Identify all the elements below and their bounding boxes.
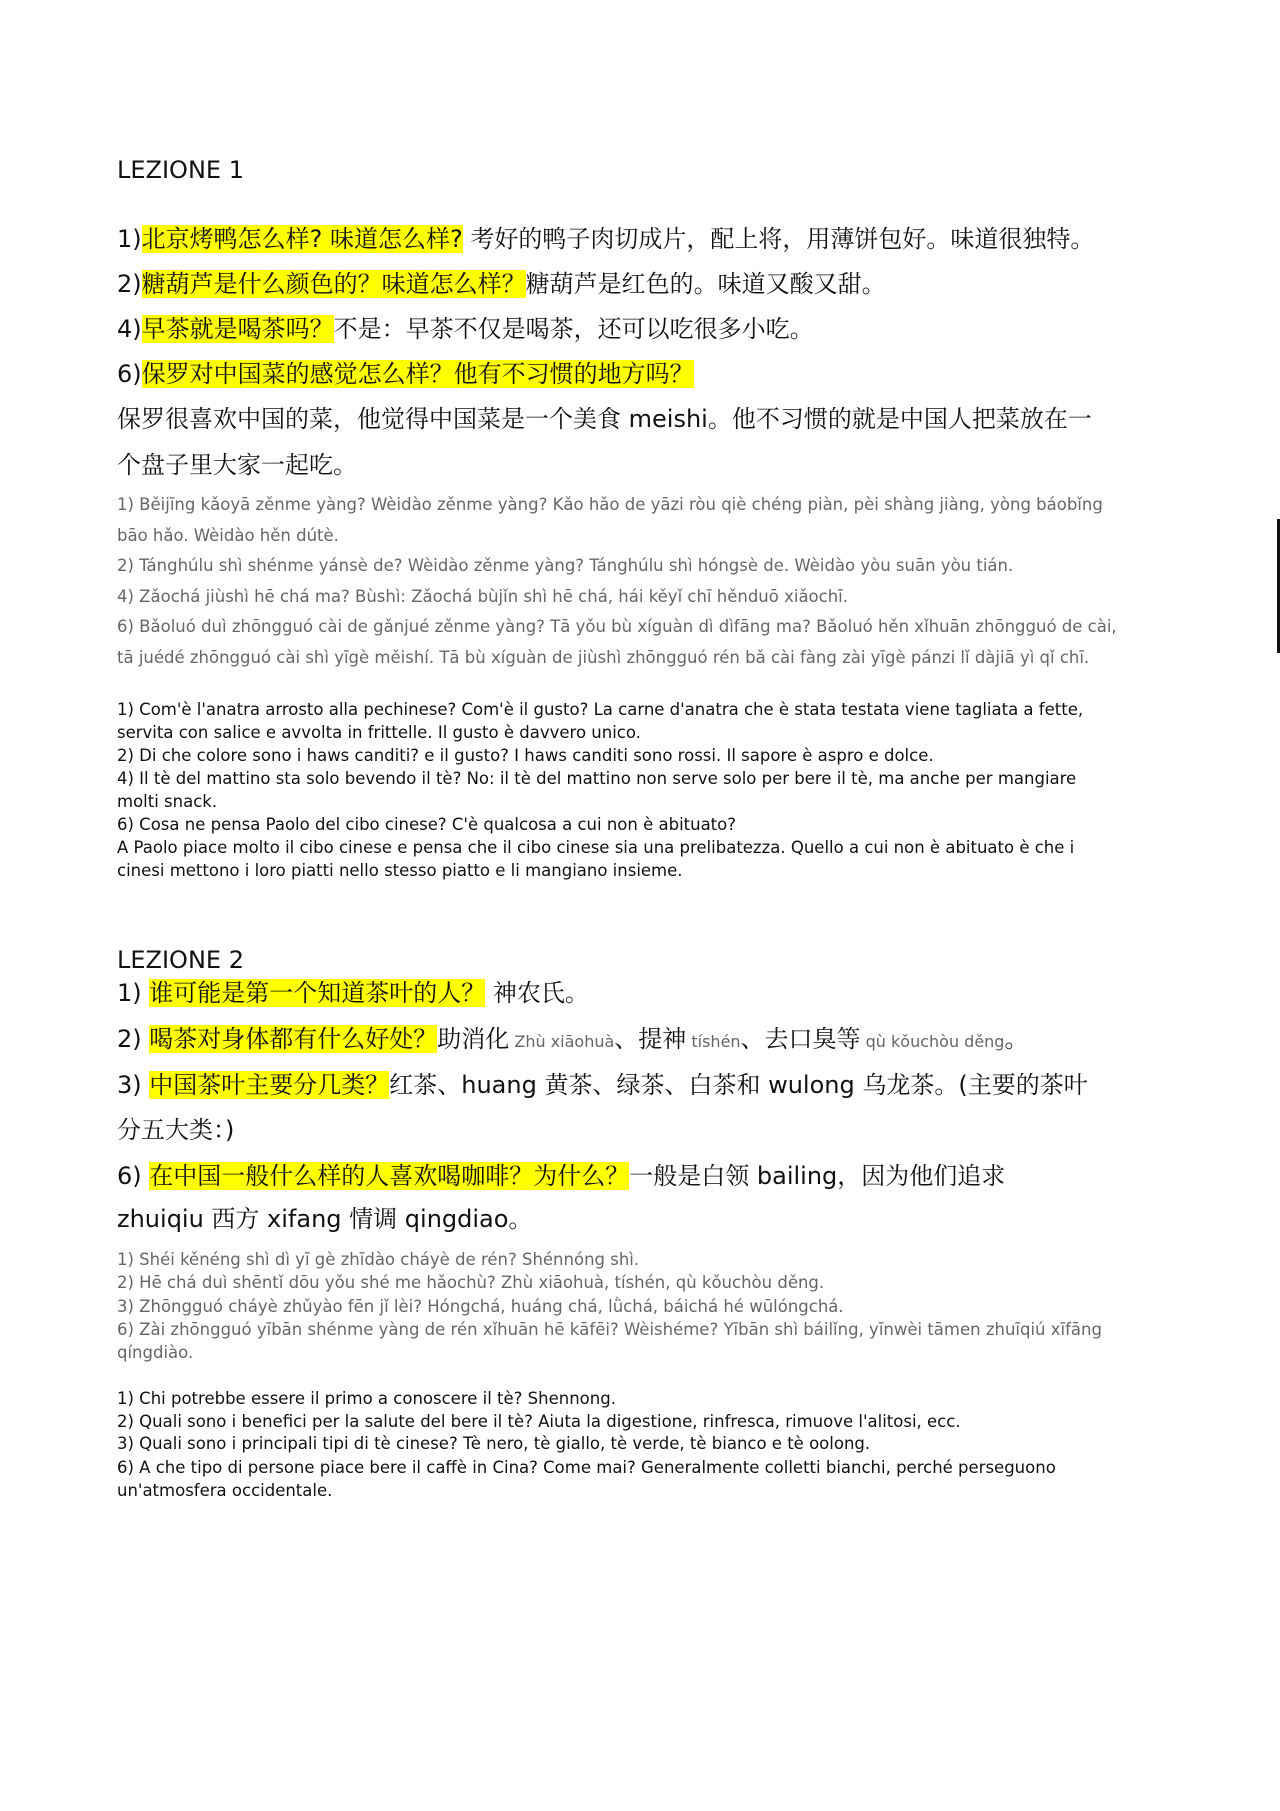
lesson-1-italian-line: servita con salice e avvolta in frittell… xyxy=(117,723,641,743)
lesson-1-pinyin-line: 2) Tánghúlu shì shénme yánsè de? Wèidào … xyxy=(117,556,1013,576)
answer: 神农氏。 xyxy=(485,979,589,1007)
lesson-1-pinyin-line: 6) Bǎoluó duì zhōngguó cài de gǎnjué zěn… xyxy=(117,617,1117,637)
question-number: 1) xyxy=(117,225,142,253)
lesson-2-question-3: 3) 中国茶叶主要分几类？红茶、huang 黄茶、绿茶、白茶和 wulong 乌… xyxy=(117,1070,1088,1100)
lesson-1-question-1: 1)北京烤鸭怎么样? 味道怎么样? 考好的鸭子肉切成片，配上将，用薄饼包好。味道… xyxy=(117,224,1094,254)
question-number: 3) xyxy=(117,1071,149,1099)
question-number: 4) xyxy=(117,315,142,343)
highlighted-question: 糖葫芦是什么颜色的？味道怎么样？ xyxy=(142,270,526,298)
lesson-2-answer-6-cont: zhuiqiu 西方 xifang 情调 qingdiao。 xyxy=(117,1204,532,1234)
lesson-2-question-2: 2) 喝茶对身体都有什么好处？助消化 Zhù xiāohuà、提神 tíshén… xyxy=(117,1024,1028,1057)
lesson-1-italian-line: 4) Il tè del mattino sta solo bevendo il… xyxy=(117,769,1076,789)
lesson-1-italian-line: 1) Com'è l'anatra arrosto alla pechinese… xyxy=(117,700,1083,720)
lesson-1-italian-line: 2) Di che colore sono i haws canditi? e … xyxy=(117,746,934,766)
answer: 一般是白领 bailing，因为他们追求 xyxy=(629,1162,1005,1190)
answer: 糖葫芦是红色的。味道又酸又甜。 xyxy=(526,270,886,298)
highlighted-question: 喝茶对身体都有什么好处？ xyxy=(149,1025,437,1053)
highlighted-question: 谁可能是第一个知道茶叶的人？ xyxy=(149,979,485,1007)
lesson-1-pinyin-line: bāo hǎo. Wèidào hěn dútè. xyxy=(117,526,339,546)
lesson-1-answer-6-line-2: 个盘子里大家一起吃。 xyxy=(117,450,357,480)
inline-pinyin: tíshén xyxy=(686,1032,740,1051)
lesson-1-pinyin-line: 1) Běijīng kǎoyā zěnme yàng? Wèidào zěnm… xyxy=(117,495,1103,515)
answer: 红茶、huang 黄茶、绿茶、白茶和 wulong 乌龙茶。(主要的茶叶 xyxy=(389,1071,1087,1099)
lesson-1-pinyin-line: 4) Zǎochá jiùshì hē chá ma? Bùshì: Zǎoch… xyxy=(117,587,848,607)
lesson-1-italian-line: 6) Cosa ne pensa Paolo del cibo cinese? … xyxy=(117,815,736,835)
lesson-2-pinyin-line: 3) Zhōngguó cháyè zhǔyào fēn jǐ lèi? Hón… xyxy=(117,1297,844,1317)
question-number: 2) xyxy=(117,270,142,298)
lesson-2-pinyin-line: 1) Shéi kěnéng shì dì yī gè zhīdào cháyè… xyxy=(117,1250,639,1270)
lesson-2-pinyin-line: qíngdiào. xyxy=(117,1343,193,1363)
lesson-2-answer-3-cont: 分五大类：) xyxy=(117,1115,234,1145)
question-number: 2) xyxy=(117,1025,149,1053)
highlighted-question: 早茶就是喝茶吗？ xyxy=(142,315,334,343)
highlighted-question: 保罗对中国菜的感觉怎么样？他有不习惯的地方吗？ xyxy=(142,360,694,388)
lesson-2-italian-line: 2) Quali sono i benefici per la salute d… xyxy=(117,1412,961,1432)
question-number: 1) xyxy=(117,979,149,1007)
highlighted-question: 北京烤鸭怎么样? 味道怎么样? xyxy=(142,225,463,253)
lesson-1-italian-line: molti snack. xyxy=(117,792,217,812)
lesson-1-question-4: 4)早茶就是喝茶吗？不是：早茶不仅是喝茶，还可以吃很多小吃。 xyxy=(117,314,814,344)
lesson-1-italian-line: A Paolo piace molto il cibo cinese e pen… xyxy=(117,838,1074,858)
question-number: 6) xyxy=(117,360,142,388)
lesson-2-pinyin-line: 6) Zài zhōngguó yībān shénme yàng de rén… xyxy=(117,1320,1102,1340)
lesson-2-italian-line: 3) Quali sono i principali tipi di tè ci… xyxy=(117,1434,870,1454)
inline-pinyin: qù kǒuchòu děng xyxy=(861,1032,1005,1051)
lesson-1-title: LEZIONE 1 xyxy=(117,156,244,184)
lesson-2-italian-line: un'atmosfera occidentale. xyxy=(117,1481,332,1501)
document-page: LEZIONE 1 1)北京烤鸭怎么样? 味道怎么样? 考好的鸭子肉切成片，配上… xyxy=(0,0,1280,1811)
lesson-1-pinyin-line: tā juédé zhōngguó cài shì yīgè měishí. T… xyxy=(117,648,1089,668)
lesson-2-italian-line: 1) Chi potrebbe essere il primo a conosc… xyxy=(117,1389,616,1409)
answer-part: 助消化 xyxy=(437,1025,509,1053)
lesson-2-pinyin-line: 2) Hē chá duì shēntǐ dōu yǒu shé me hǎoc… xyxy=(117,1273,824,1293)
lesson-1-italian-line: cinesi mettono i loro piatti nello stess… xyxy=(117,861,683,881)
answer-part: 。 xyxy=(1004,1025,1028,1053)
answer: 考好的鸭子肉切成片，配上将，用薄饼包好。味道很独特。 xyxy=(463,225,1095,253)
answer-part: 、提神 xyxy=(614,1025,686,1053)
lesson-2-question-6: 6) 在中国一般什么样的人喜欢喝咖啡？为什么？一般是白领 bailing，因为他… xyxy=(117,1161,1005,1191)
question-number: 6) xyxy=(117,1162,149,1190)
answer: 不是：早茶不仅是喝茶，还可以吃很多小吃。 xyxy=(334,315,814,343)
lesson-2-title: LEZIONE 2 xyxy=(117,946,244,974)
inline-pinyin: Zhù xiāohuà xyxy=(509,1032,614,1051)
lesson-2-italian-line: 6) A che tipo di persone piace bere il c… xyxy=(117,1458,1056,1478)
highlighted-question: 在中国一般什么样的人喜欢喝咖啡？为什么？ xyxy=(149,1162,629,1190)
lesson-1-answer-6-line-1: 保罗很喜欢中国的菜，他觉得中国菜是一个美食 meishi。他不习惯的就是中国人把… xyxy=(117,404,1092,434)
lesson-1-question-2: 2)糖葫芦是什么颜色的？味道怎么样？糖葫芦是红色的。味道又酸又甜。 xyxy=(117,269,886,299)
answer-part: 、去口臭等 xyxy=(741,1025,861,1053)
lesson-1-question-6: 6)保罗对中国菜的感觉怎么样？他有不习惯的地方吗？ xyxy=(117,359,694,389)
highlighted-question: 中国茶叶主要分几类？ xyxy=(149,1071,389,1099)
lesson-2-question-1: 1) 谁可能是第一个知道茶叶的人？ 神农氏。 xyxy=(117,978,589,1008)
